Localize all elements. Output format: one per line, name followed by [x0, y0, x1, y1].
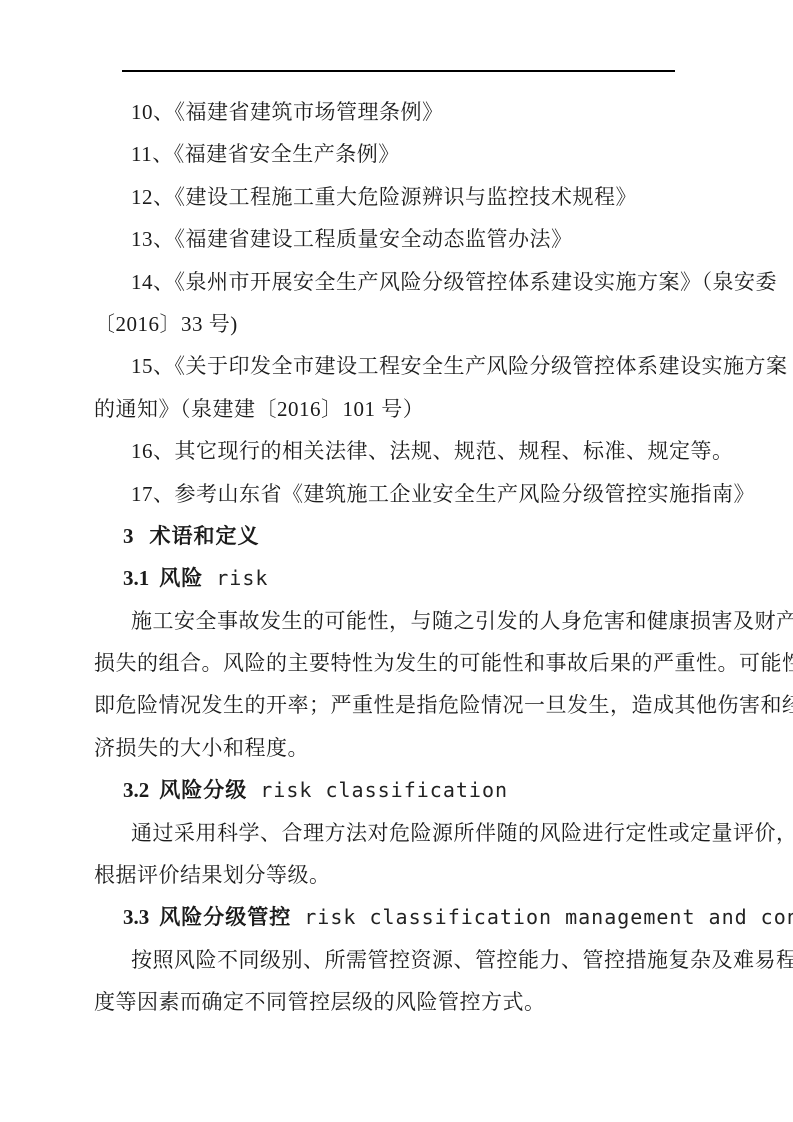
term-3-2-en: risk classification: [260, 778, 508, 802]
reference-item-17: 17、参考山东省《建筑施工企业安全生产风险分级管控实施指南》: [94, 473, 734, 515]
term-3-3-heading: 3.3风险分级管控risk classification management …: [94, 896, 734, 938]
reference-item-14-line1: 14、《泉州市开展安全生产风险分级管控体系建设实施方案》（泉安委: [94, 261, 734, 303]
section-3-number: 3: [123, 524, 134, 548]
reference-item-10: 10、《福建省建筑市场管理条例》: [94, 91, 734, 133]
term-3-1-definition-line3: 即危险情况发生的开率；严重性是指危险情况一旦发生，造成其他伤害和经: [94, 684, 734, 726]
reference-item-12: 12、《建设工程施工重大危险源辨识与监控技术规程》: [94, 176, 734, 218]
term-3-1-zh: 风险: [159, 567, 203, 590]
term-3-1-number: 3.1: [123, 566, 149, 590]
section-3-heading: 3术语和定义: [94, 515, 734, 557]
term-3-1-heading: 3.1风险risk: [94, 557, 734, 599]
section-3-title: 术语和定义: [150, 525, 260, 548]
header-separator-line: [122, 70, 675, 72]
term-3-1-definition-line1: 施工安全事故发生的可能性，与随之引发的人身危害和健康损害及财产: [94, 600, 734, 642]
term-3-2-definition-line1: 通过采用科学、合理方法对危险源所伴随的风险进行定性或定量评价，: [94, 812, 734, 854]
reference-item-13: 13、《福建省建设工程质量安全动态监管办法》: [94, 218, 734, 260]
term-3-2-definition-line2: 根据评价结果划分等级。: [94, 854, 734, 896]
reference-item-14-line2: 〔2016〕33 号): [94, 303, 734, 345]
term-3-2-zh: 风险分级: [159, 779, 247, 802]
reference-item-15-line2: 的通知》（泉建建〔2016〕101 号）: [94, 388, 734, 430]
term-3-3-zh: 风险分级管控: [159, 906, 291, 929]
term-3-2-heading: 3.2风险分级risk classification: [94, 769, 734, 811]
document-page: 10、《福建省建筑市场管理条例》 11、《福建省安全生产条例》 12、《建设工程…: [0, 0, 793, 1122]
term-3-3-en: risk classification management and contr…: [304, 905, 793, 929]
reference-item-16: 16、其它现行的相关法律、法规、规范、规程、标准、规定等。: [94, 430, 734, 472]
term-3-3-definition-line1: 按照风险不同级别、所需管控资源、管控能力、管控措施复杂及难易程: [94, 939, 734, 981]
document-content: 10、《福建省建筑市场管理条例》 11、《福建省安全生产条例》 12、《建设工程…: [94, 91, 734, 1024]
reference-item-15-line1: 15、《关于印发全市建设工程安全生产风险分级管控体系建设实施方案: [94, 345, 734, 387]
reference-item-11: 11、《福建省安全生产条例》: [94, 133, 734, 175]
term-3-2-number: 3.2: [123, 778, 149, 802]
term-3-1-en: risk: [216, 566, 268, 590]
term-3-1-definition-line2: 损失的组合。风险的主要特性为发生的可能性和事故后果的严重性。可能性，: [94, 642, 734, 684]
term-3-3-definition-line2: 度等因素而确定不同管控层级的风险管控方式。: [94, 981, 734, 1023]
term-3-3-number: 3.3: [123, 905, 149, 929]
term-3-1-definition-line4: 济损失的大小和程度。: [94, 727, 734, 769]
